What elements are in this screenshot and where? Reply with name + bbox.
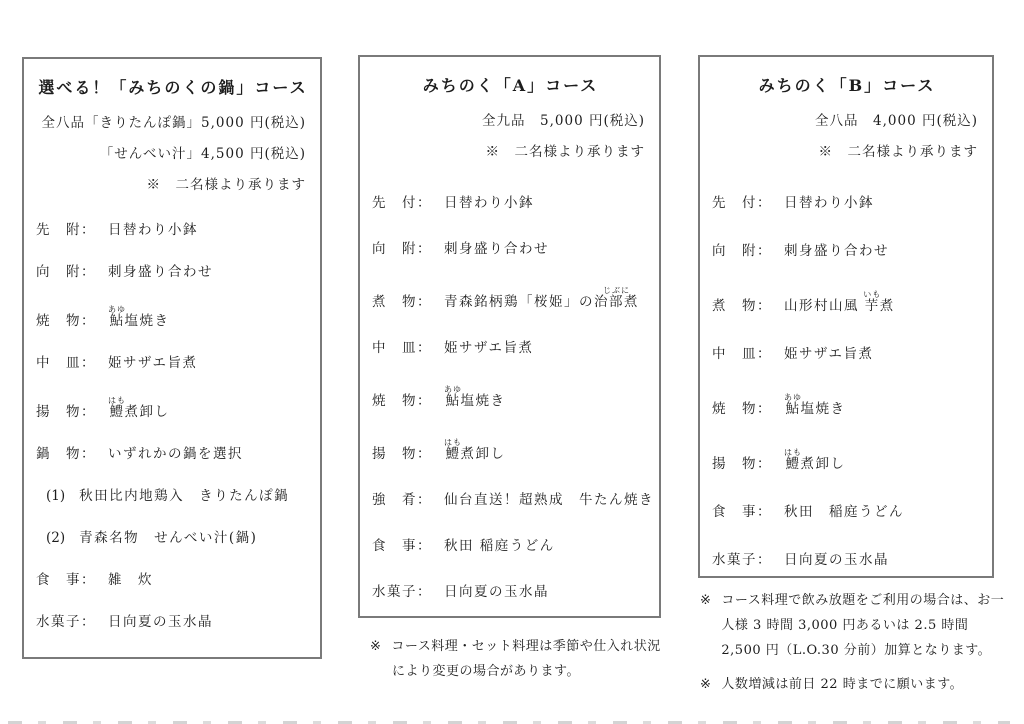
menu-item: 煮 物： 青森銘柄鶏「桜姫」の治部煮じぶに: [372, 286, 649, 311]
menu-item: 先 付： 日替わり小鉢: [372, 194, 649, 212]
item-label: 先 付：: [372, 194, 432, 212]
item-label: 食 事：: [36, 571, 96, 589]
item-text: 日替わり小鉢: [108, 221, 198, 239]
note-marker: ※: [700, 672, 711, 697]
item-text: 姫サザエ旨煮: [108, 354, 197, 372]
item-text: 刺身盛り合わせ: [444, 240, 549, 258]
note-headcount-change: ※ 人数増減は前日 22 時までに願います。: [700, 672, 1012, 697]
item-label: 食 事：: [372, 537, 432, 555]
item-text: 仙台直送！超熟成 牛たん焼き: [444, 491, 654, 509]
course-title: みちのく「A」コース: [372, 73, 649, 96]
furigana: 芋いも: [865, 298, 880, 314]
item-label: 先 附：: [36, 221, 96, 239]
course-box-b: みちのく「B」コース 全八品 4,000 円(税込) ※ 二名様より承ります 先…: [698, 55, 994, 578]
item-text: いずれかの鍋を選択: [108, 445, 243, 463]
item-label: 揚 物：: [372, 445, 432, 463]
item-text: 鮎あゆ塩焼き: [108, 305, 170, 330]
note-text: により変更の場合があります。: [370, 659, 670, 684]
menu-item: 向 附： 刺身盛り合わせ: [712, 242, 982, 260]
item-label: 食 事：: [712, 503, 772, 521]
item-label: 先 付：: [712, 194, 772, 212]
note-marker: ※: [700, 588, 711, 663]
menu-items: 先 附： 日替わり小鉢 向 附： 刺身盛り合わせ 焼 物： 鮎あゆ塩焼き 中 皿…: [36, 221, 310, 631]
item-text: 日向夏の玉水晶: [108, 613, 213, 631]
note-drink-plan: ※ コース料理で飲み放題をご利用の場合は、お一人様 3 時間 3,000 円ある…: [700, 588, 1012, 663]
item-text: 秋田比内地鶏入 きりたんぽ鍋: [79, 487, 289, 505]
menu-item: 鍋 物： いずれかの鍋を選択: [36, 445, 310, 463]
price-line: 「せんべい汁」4,500 円(税込): [36, 139, 306, 170]
menu-item: 中 皿： 姫サザエ旨煮: [36, 354, 310, 372]
price-line: 全九品 5,000 円(税込): [372, 106, 645, 137]
item-text: 鱧はも煮卸し: [108, 396, 170, 421]
furigana: 鱧はも: [784, 456, 801, 472]
item-text: 鱧はも煮卸し: [784, 448, 846, 473]
menu-item: 焼 物： 鮎あゆ塩焼き: [712, 393, 982, 418]
item-label: 中 皿：: [712, 345, 772, 363]
course-box-a: みちのく「A」コース 全九品 5,000 円(税込) ※ 二名様より承ります 先…: [358, 55, 661, 618]
item-label: 鍋 物：: [36, 445, 96, 463]
menu-item: 向 附： 刺身盛り合わせ: [36, 263, 310, 281]
note-text: コース料理で飲み放題をご利用の場合は、お一人様 3 時間 3,000 円あるいは…: [721, 588, 1012, 663]
menu-item: 水菓子： 日向夏の玉水晶: [36, 613, 310, 631]
price-line: 全八品 4,000 円(税込): [712, 106, 978, 137]
furigana: 鮎あゆ: [444, 393, 461, 409]
item-label: 水菓子：: [712, 551, 772, 569]
menu-item: 焼 物： 鮎あゆ塩焼き: [372, 385, 649, 410]
menu-item: 揚 物： 鱧はも煮卸し: [712, 448, 982, 473]
item-text: 姫サザエ旨煮: [444, 339, 533, 357]
menu-item: 向 附： 刺身盛り合わせ: [372, 240, 649, 258]
item-label: 焼 物：: [712, 400, 772, 418]
furigana: 鱧はも: [108, 404, 125, 420]
min-guests-note: ※ 二名様より承ります: [36, 170, 306, 201]
item-text: 鮎あゆ塩焼き: [444, 385, 506, 410]
nabe-option-1: (1) 秋田比内地鶏入 きりたんぽ鍋: [36, 487, 310, 505]
item-text: 秋田 稲庭うどん: [444, 537, 555, 555]
item-label: 揚 物：: [36, 403, 96, 421]
furigana: 鮎あゆ: [108, 313, 125, 329]
item-text: 日向夏の玉水晶: [444, 583, 549, 601]
item-label: 水菓子：: [36, 613, 96, 631]
item-label: 中 皿：: [36, 354, 96, 372]
menu-item: 焼 物： 鮎あゆ塩焼き: [36, 305, 310, 330]
menu-page: 選べる！「みちのくの鍋」コース 全八品「きりたんぽ鍋」5,000 円(税込) 「…: [0, 0, 1024, 724]
item-text: 日替わり小鉢: [784, 194, 874, 212]
course-title: 選べる！「みちのくの鍋」コース: [36, 75, 310, 98]
item-text: 青森銘柄鶏「桜姫」の治部煮じぶに: [444, 286, 639, 311]
item-label: 向 附：: [712, 242, 772, 260]
item-text: 刺身盛り合わせ: [784, 242, 889, 260]
item-text: 刺身盛り合わせ: [108, 263, 213, 281]
item-label: 煮 物：: [712, 297, 772, 315]
item-text: 日替わり小鉢: [444, 194, 534, 212]
menu-item: 水菓子： 日向夏の玉水晶: [712, 551, 982, 569]
price-block: 全九品 5,000 円(税込) ※ 二名様より承ります: [372, 106, 649, 168]
menu-item: 食 事： 雑 炊: [36, 571, 310, 589]
item-label: 煮 物：: [372, 293, 432, 311]
note-seasonal-change: ※ コース料理・セット料理は季節や仕入れ状況 により変更の場合があります。: [370, 634, 670, 684]
menu-item: 先 付： 日替わり小鉢: [712, 194, 982, 212]
menu-item: 食 事： 秋田 稲庭うどん: [712, 503, 982, 521]
menu-item: 中 皿： 姫サザエ旨煮: [372, 339, 649, 357]
item-text: 日向夏の玉水晶: [784, 551, 889, 569]
item-label: 揚 物：: [712, 455, 772, 473]
course-title: みちのく「B」コース: [712, 73, 982, 96]
item-text: 雑 炊: [108, 571, 153, 589]
price-block: 全八品 4,000 円(税込) ※ 二名様より承ります: [712, 106, 982, 168]
option-number: (1): [46, 487, 65, 505]
item-label: 向 附：: [36, 263, 96, 281]
item-text: 秋田 稲庭うどん: [784, 503, 904, 521]
menu-item: 食 事： 秋田 稲庭うどん: [372, 537, 649, 555]
item-label: 強 肴：: [372, 491, 432, 509]
note-text: 人数増減は前日 22 時までに願います。: [721, 672, 1012, 697]
item-label: 中 皿：: [372, 339, 432, 357]
nabe-option-2: (2) 青森名物 せんべい汁(鍋): [36, 529, 310, 547]
price-line: 全八品「きりたんぽ鍋」5,000 円(税込): [36, 108, 306, 139]
menu-items: 先 付： 日替わり小鉢 向 附： 刺身盛り合わせ 煮 物： 山形村山風 芋いも煮…: [712, 194, 982, 569]
item-text: 鱧はも煮卸し: [444, 438, 506, 463]
item-text: 青森名物 せんべい汁(鍋): [79, 529, 257, 547]
item-label: 向 附：: [372, 240, 432, 258]
min-guests-note: ※ 二名様より承ります: [712, 137, 978, 168]
item-label: 水菓子：: [372, 583, 432, 601]
price-block: 全八品「きりたんぽ鍋」5,000 円(税込) 「せんべい汁」4,500 円(税込…: [36, 108, 310, 201]
course-box-nabe: 選べる！「みちのくの鍋」コース 全八品「きりたんぽ鍋」5,000 円(税込) 「…: [22, 57, 322, 659]
menu-item: 水菓子： 日向夏の玉水晶: [372, 583, 649, 601]
menu-item: 揚 物： 鱧はも煮卸し: [36, 396, 310, 421]
min-guests-note: ※ 二名様より承ります: [372, 137, 645, 168]
menu-item: 揚 物： 鱧はも煮卸し: [372, 438, 649, 463]
item-text: 鮎あゆ塩焼き: [784, 393, 846, 418]
item-label: 焼 物：: [372, 392, 432, 410]
menu-item: 強 肴： 仙台直送！超熟成 牛たん焼き: [372, 491, 649, 509]
option-number: (2): [46, 529, 65, 547]
item-text: 姫サザエ旨煮: [784, 345, 873, 363]
item-text: 山形村山風 芋いも煮: [784, 290, 895, 315]
menu-item: 中 皿： 姫サザエ旨煮: [712, 345, 982, 363]
note-text: コース料理・セット料理は季節や仕入れ状況: [391, 634, 670, 659]
menu-item: 先 附： 日替わり小鉢: [36, 221, 310, 239]
note-marker: ※: [370, 634, 381, 659]
furigana: 鱧はも: [444, 446, 461, 462]
furigana: 鮎あゆ: [784, 401, 801, 417]
menu-items: 先 付： 日替わり小鉢 向 附： 刺身盛り合わせ 煮 物： 青森銘柄鶏「桜姫」の…: [372, 194, 649, 601]
furigana: 治部煮じぶに: [594, 294, 639, 310]
item-label: 焼 物：: [36, 312, 96, 330]
menu-item: 煮 物： 山形村山風 芋いも煮: [712, 290, 982, 315]
